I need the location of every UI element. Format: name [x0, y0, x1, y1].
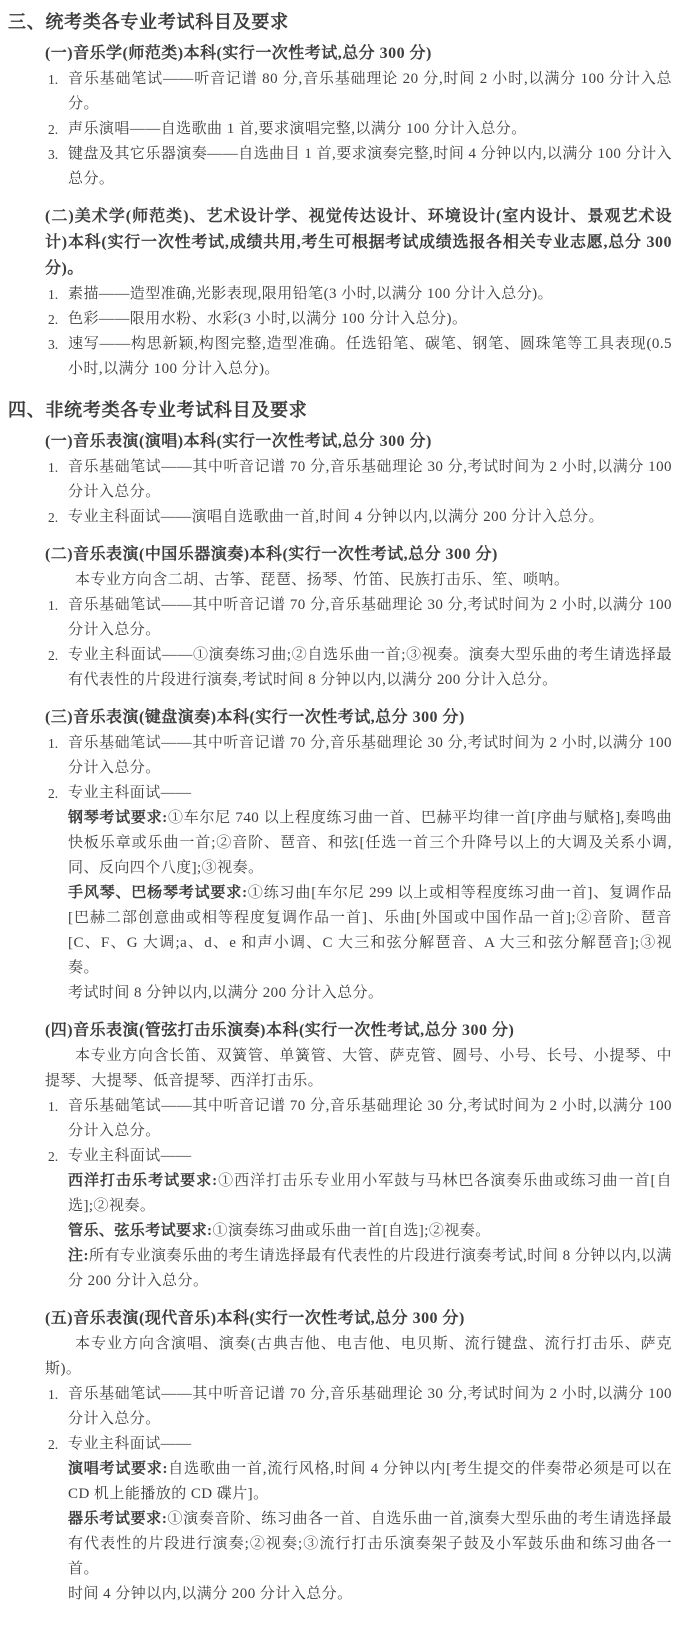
section-heading: 四、非统考类各专业考试科目及要求	[8, 396, 672, 424]
item-number: 1.	[48, 1094, 58, 1119]
item-number: 1.	[48, 455, 58, 480]
list-item: 1.音乐基础笔试——听音记谱 80 分,音乐基础理论 20 分,时间 2 小时,…	[45, 67, 672, 117]
item-text: 音乐基础笔试——其中听音记谱 70 分,音乐基础理论 30 分,考试时间为 2 …	[68, 1094, 672, 1144]
requirement-label: 管乐、弦乐考试要求:	[68, 1223, 213, 1239]
subsection-intro: 本专业方向含演唱、演奏(古典吉他、电吉他、电贝斯、流行键盘、流行打击乐、萨克斯)…	[45, 1332, 672, 1382]
item-text: 声乐演唱——自选歌曲 1 首,要求演唱完整,以满分 100 分计入总分。	[68, 117, 672, 142]
item-text: 专业主科面试——①演奏练习曲;②自选乐曲一首;③视奏。演奏大型乐曲的考生请选择最…	[68, 643, 672, 693]
subsection-title: (一)音乐表演(演唱)本科(实行一次性考试,总分 300 分)	[45, 429, 672, 455]
item-text: 音乐基础笔试——听音记谱 80 分,音乐基础理论 20 分,时间 2 小时,以满…	[68, 67, 672, 117]
item-text: 素描——造型准确,光影表现,限用铅笔(3 小时,以满分 100 分计入总分)。	[68, 282, 672, 307]
requirement-label: 器乐考试要求:	[68, 1511, 167, 1527]
text-run: 专业主科面试——	[68, 1436, 192, 1452]
subsection-title: (四)音乐表演(管弦打击乐演奏)本科(实行一次性考试,总分 300 分)	[45, 1018, 672, 1044]
list-item: 1.素描——造型准确,光影表现,限用铅笔(3 小时,以满分 100 分计入总分)…	[45, 282, 672, 307]
list-item: 1.音乐基础笔试——其中听音记谱 70 分,音乐基础理论 30 分,考试时间为 …	[45, 1382, 672, 1432]
item-text: 音乐基础笔试——其中听音记谱 70 分,音乐基础理论 30 分,考试时间为 2 …	[68, 731, 672, 781]
text-run: 考试时间 8 分钟以内,以满分 200 分计入总分。	[68, 985, 383, 1001]
requirement-paragraph: 注:所有专业演奏乐曲的考生请选择最有代表性的片段进行演奏考试,时间 8 分钟以内…	[68, 1244, 672, 1294]
text-run: 素描——造型准确,光影表现,限用铅笔(3 小时,以满分 100 分计入总分)。	[68, 286, 553, 302]
subsection: (二)音乐表演(中国乐器演奏)本科(实行一次性考试,总分 300 分)本专业方向…	[45, 542, 672, 693]
requirement-label: 西洋打击乐考试要求:	[68, 1173, 218, 1189]
list-item: 1.音乐基础笔试——其中听音记谱 70 分,音乐基础理论 30 分,考试时间为 …	[45, 593, 672, 643]
list-item: 3.键盘及其它乐器演奏——自选曲目 1 首,要求演奏完整,时间 4 分钟以内,以…	[45, 142, 672, 192]
item-text: 音乐基础笔试——其中听音记谱 70 分,音乐基础理论 30 分,考试时间为 2 …	[68, 1382, 672, 1432]
text-run: 时间 4 分钟以内,以满分 200 分计入总分。	[68, 1586, 353, 1602]
requirement-paragraph: 演唱考试要求:自选歌曲一首,流行风格,时间 4 分钟以内[考生提交的伴奏带必须是…	[68, 1457, 672, 1507]
list-item: 2.专业主科面试——演唱自选歌曲一首,时间 4 分钟以内,以满分 200 分计入…	[45, 505, 672, 530]
list-item: 2.声乐演唱——自选歌曲 1 首,要求演唱完整,以满分 100 分计入总分。	[45, 117, 672, 142]
document-page: 三、统考类各专业考试科目及要求(一)音乐学(师范类)本科(实行一次性考试,总分 …	[0, 0, 696, 1631]
item-number: 2.	[48, 1432, 58, 1457]
subsection-title: (二)美术学(师范类)、艺术设计学、视觉传达设计、环境设计(室内设计、景观艺术设…	[45, 204, 672, 282]
requirement-paragraph: 钢琴考试要求:①车尔尼 740 以上程度练习曲一首、巴赫平均律一首[序曲与赋格]…	[68, 806, 672, 881]
item-text: 速写——构思新颖,构图完整,造型准确。任选铅笔、碳笔、钢笔、圆珠笔等工具表现(0…	[68, 332, 672, 382]
item-number: 1.	[48, 731, 58, 756]
item-text: 专业主科面试——	[68, 1144, 672, 1169]
item-text: 音乐基础笔试——其中听音记谱 70 分,音乐基础理论 30 分,考试时间为 2 …	[68, 455, 672, 505]
subsection-title: (三)音乐表演(键盘演奏)本科(实行一次性考试,总分 300 分)	[45, 705, 672, 731]
subsection: (二)美术学(师范类)、艺术设计学、视觉传达设计、环境设计(室内设计、景观艺术设…	[45, 204, 672, 382]
subsection: (四)音乐表演(管弦打击乐演奏)本科(实行一次性考试,总分 300 分)本专业方…	[45, 1018, 672, 1294]
requirement-paragraph: 手风琴、巴杨琴考试要求:①练习曲[车尔尼 299 以上或相等程度练习曲一首]、复…	[68, 881, 672, 981]
text-run: 音乐基础笔试——其中听音记谱 70 分,音乐基础理论 30 分,考试时间为 2 …	[68, 459, 672, 500]
text-run: 音乐基础笔试——听音记谱 80 分,音乐基础理论 20 分,时间 2 小时,以满…	[68, 71, 672, 112]
item-number: 1.	[48, 1382, 58, 1407]
subsection: (一)音乐表演(演唱)本科(实行一次性考试,总分 300 分)1.音乐基础笔试—…	[45, 429, 672, 530]
item-number: 2.	[48, 781, 58, 806]
item-number: 2.	[48, 505, 58, 530]
subsection: (五)音乐表演(现代音乐)本科(实行一次性考试,总分 300 分)本专业方向含演…	[45, 1306, 672, 1607]
item-text: 专业主科面试——演唱自选歌曲一首,时间 4 分钟以内,以满分 200 分计入总分…	[68, 505, 672, 530]
item-text: 键盘及其它乐器演奏——自选曲目 1 首,要求演奏完整,时间 4 分钟以内,以满分…	[68, 142, 672, 192]
text-run: 音乐基础笔试——其中听音记谱 70 分,音乐基础理论 30 分,考试时间为 2 …	[68, 1098, 672, 1139]
requirement-label: 注:	[68, 1248, 89, 1264]
text-run: 键盘及其它乐器演奏——自选曲目 1 首,要求演奏完整,时间 4 分钟以内,以满分…	[68, 146, 672, 187]
subsection-intro: 本专业方向含长笛、双簧管、单簧管、大管、萨克管、圆号、小号、长号、小提琴、中提琴…	[45, 1044, 672, 1094]
text-run: 声乐演唱——自选歌曲 1 首,要求演唱完整,以满分 100 分计入总分。	[68, 121, 527, 137]
text-run: 专业主科面试——①演奏练习曲;②自选乐曲一首;③视奏。演奏大型乐曲的考生请选择最…	[68, 647, 672, 688]
text-run: 速写——构思新颖,构图完整,造型准确。任选铅笔、碳笔、钢笔、圆珠笔等工具表现(0…	[68, 336, 672, 377]
item-text: 专业主科面试——	[68, 781, 672, 806]
subsection-intro: 本专业方向含二胡、古筝、琵琶、扬琴、竹笛、民族打击乐、笙、唢呐。	[45, 568, 672, 593]
item-number: 1.	[48, 593, 58, 618]
list-item: 1.音乐基础笔试——其中听音记谱 70 分,音乐基础理论 30 分,考试时间为 …	[45, 455, 672, 505]
item-text: 专业主科面试——	[68, 1432, 672, 1457]
list-item: 1.音乐基础笔试——其中听音记谱 70 分,音乐基础理论 30 分,考试时间为 …	[45, 731, 672, 781]
subsection: (三)音乐表演(键盘演奏)本科(实行一次性考试,总分 300 分)1.音乐基础笔…	[45, 705, 672, 1006]
item-number: 3.	[48, 142, 58, 167]
requirement-label: 手风琴、巴杨琴考试要求:	[68, 885, 248, 901]
requirement-label: 钢琴考试要求:	[68, 810, 168, 826]
text-run: 所有专业演奏乐曲的考生请选择最有代表性的片段进行演奏考试,时间 8 分钟以内,以…	[68, 1248, 672, 1289]
requirement-label: 演唱考试要求:	[68, 1461, 168, 1477]
text-run: 音乐基础笔试——其中听音记谱 70 分,音乐基础理论 30 分,考试时间为 2 …	[68, 735, 672, 776]
text-run: 音乐基础笔试——其中听音记谱 70 分,音乐基础理论 30 分,考试时间为 2 …	[68, 1386, 672, 1427]
text-run: 专业主科面试——演唱自选歌曲一首,时间 4 分钟以内,以满分 200 分计入总分…	[68, 509, 604, 525]
subsection: (一)音乐学(师范类)本科(实行一次性考试,总分 300 分)1.音乐基础笔试—…	[45, 41, 672, 192]
text-run: 专业主科面试——	[68, 1148, 192, 1164]
list-item: 3.速写——构思新颖,构图完整,造型准确。任选铅笔、碳笔、钢笔、圆珠笔等工具表现…	[45, 332, 672, 382]
item-number: 1.	[48, 67, 58, 92]
subsection-title: (二)音乐表演(中国乐器演奏)本科(实行一次性考试,总分 300 分)	[45, 542, 672, 568]
text-run: ①演奏练习曲或乐曲一首[自选];②视奏。	[213, 1223, 491, 1239]
list-item: 2.专业主科面试——①演奏练习曲;②自选乐曲一首;③视奏。演奏大型乐曲的考生请选…	[45, 643, 672, 693]
item-text: 音乐基础笔试——其中听音记谱 70 分,音乐基础理论 30 分,考试时间为 2 …	[68, 593, 672, 643]
item-number: 2.	[48, 1144, 58, 1169]
text-run: 专业主科面试——	[68, 785, 192, 801]
item-number: 1.	[48, 282, 58, 307]
requirement-paragraph: 管乐、弦乐考试要求:①演奏练习曲或乐曲一首[自选];②视奏。	[68, 1219, 672, 1244]
subsection-title: (五)音乐表演(现代音乐)本科(实行一次性考试,总分 300 分)	[45, 1306, 672, 1332]
requirement-paragraph: 时间 4 分钟以内,以满分 200 分计入总分。	[68, 1582, 672, 1607]
list-item: 2.色彩——限用水粉、水彩(3 小时,以满分 100 分计入总分)。	[45, 307, 672, 332]
text-run: 音乐基础笔试——其中听音记谱 70 分,音乐基础理论 30 分,考试时间为 2 …	[68, 597, 672, 638]
item-number: 2.	[48, 307, 58, 332]
list-item: 2.专业主科面试——西洋打击乐考试要求:①西洋打击乐专业用小军鼓与马林巴各演奏乐…	[45, 1144, 672, 1294]
item-number: 2.	[48, 117, 58, 142]
item-number: 2.	[48, 643, 58, 668]
item-number: 3.	[48, 332, 58, 357]
text-run: 色彩——限用水粉、水彩(3 小时,以满分 100 分计入总分)。	[68, 311, 467, 327]
requirement-paragraph: 器乐考试要求:①演奏音阶、练习曲各一首、自选乐曲一首,演奏大型乐曲的考生请选择最…	[68, 1507, 672, 1582]
section-heading: 三、统考类各专业考试科目及要求	[8, 8, 672, 36]
exam-section: 四、非统考类各专业考试科目及要求(一)音乐表演(演唱)本科(实行一次性考试,总分…	[8, 396, 672, 1607]
subsection-title: (一)音乐学(师范类)本科(实行一次性考试,总分 300 分)	[45, 41, 672, 67]
list-item: 2.专业主科面试——钢琴考试要求:①车尔尼 740 以上程度练习曲一首、巴赫平均…	[45, 781, 672, 1006]
list-item: 1.音乐基础笔试——其中听音记谱 70 分,音乐基础理论 30 分,考试时间为 …	[45, 1094, 672, 1144]
requirement-paragraph: 西洋打击乐考试要求:①西洋打击乐专业用小军鼓与马林巴各演奏乐曲或练习曲一首[自选…	[68, 1169, 672, 1219]
requirement-paragraph: 考试时间 8 分钟以内,以满分 200 分计入总分。	[68, 981, 672, 1006]
item-text: 色彩——限用水粉、水彩(3 小时,以满分 100 分计入总分)。	[68, 307, 672, 332]
list-item: 2.专业主科面试——演唱考试要求:自选歌曲一首,流行风格,时间 4 分钟以内[考…	[45, 1432, 672, 1607]
exam-section: 三、统考类各专业考试科目及要求(一)音乐学(师范类)本科(实行一次性考试,总分 …	[8, 8, 672, 382]
